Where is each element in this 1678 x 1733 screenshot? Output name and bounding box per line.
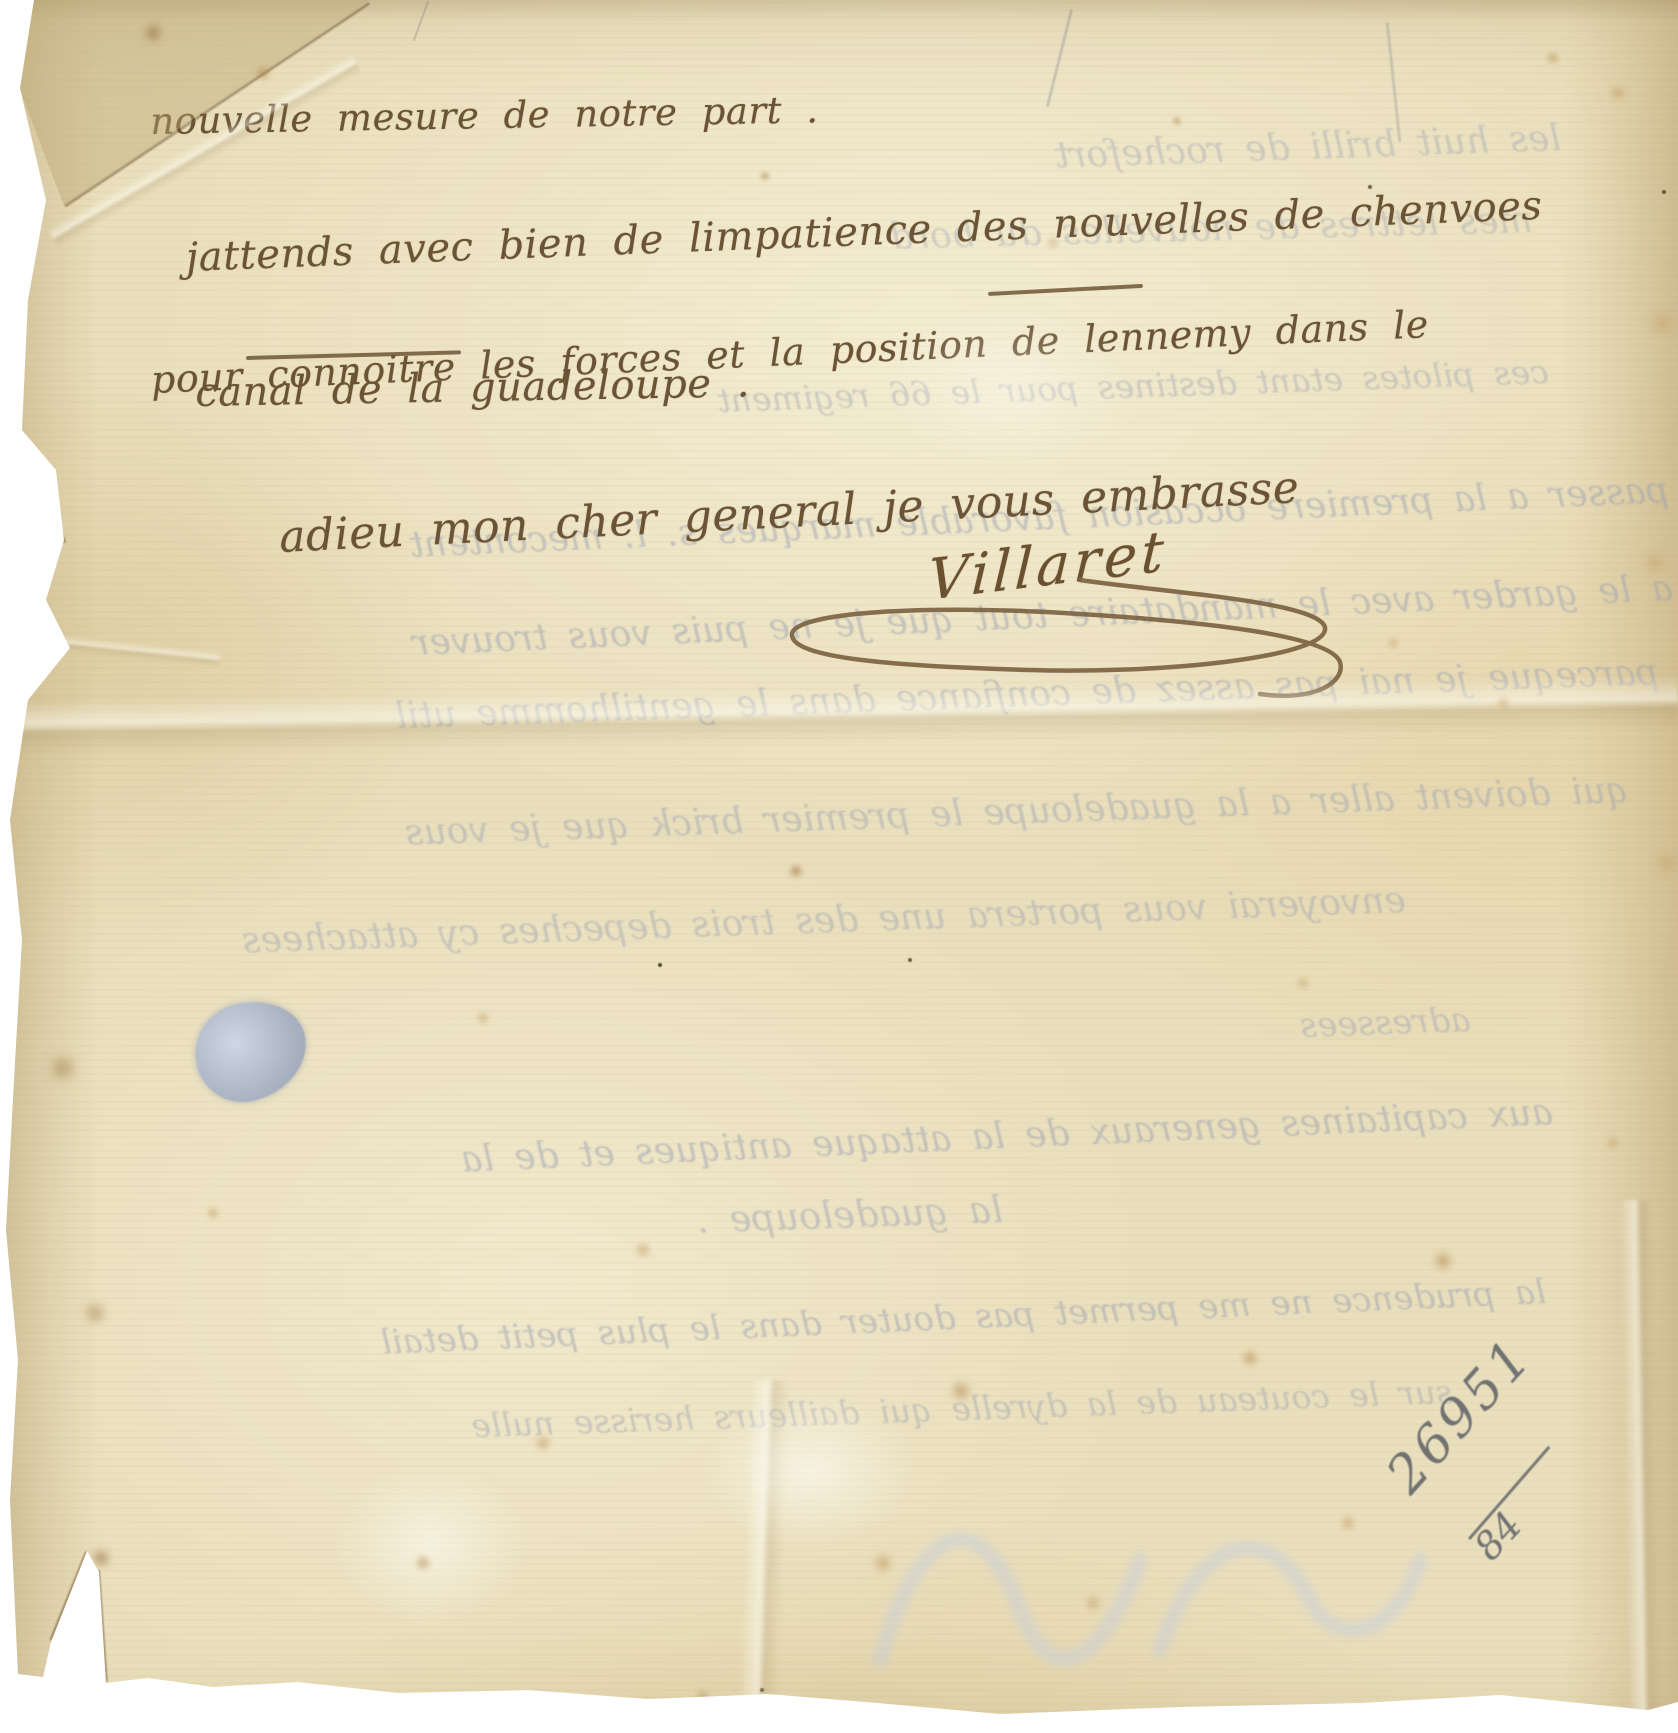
fold-crease-horizontal — [0, 675, 1678, 757]
fold-crease-left-small — [0, 628, 220, 668]
crumple-highlight — [880, 300, 1140, 480]
show-through-line: envoyerai vous portera une des trois dep… — [241, 880, 1406, 962]
seal-blob — [185, 990, 317, 1112]
crumple-highlight — [700, 1390, 920, 1550]
show-through-line: adressees — [1299, 1000, 1471, 1046]
crumple-highlight — [330, 1460, 530, 1630]
pencil-secondary-number: 84 — [1466, 1503, 1531, 1568]
torn-edge-left-notch — [21, 432, 66, 543]
show-through-line: la prudence ne me permet pas douter dans… — [380, 1272, 1547, 1363]
fold-crease-right — [1619, 1200, 1662, 1721]
letter-line-2: jattends avec bien de limpatience des no… — [185, 183, 1543, 281]
stray-stroke — [413, 1, 429, 41]
show-through-flourish — [840, 1430, 1440, 1720]
torn-edge-v-notch — [49, 1551, 88, 1641]
torn-edge-v-notch — [97, 1570, 108, 1682]
fold-crease-topleft-diagonal — [48, 54, 362, 248]
dark-specks — [0, 0, 4, 4]
scan-canvas: les huit brilli de rochefort mes lettres… — [0, 0, 1678, 1733]
ink-stroke-correction — [988, 284, 1143, 296]
letter-line-4: canal de la guadeloupe . — [195, 360, 750, 416]
show-through-line: aux capitaines generaux de la attaque an… — [460, 1092, 1554, 1181]
stain-freckles — [0, 0, 6, 6]
show-through-line: qui doivent aller a la guadeloupe le pre… — [404, 770, 1629, 854]
show-through-line: les huit brilli de rochefort — [1054, 118, 1561, 177]
stray-stroke — [1046, 9, 1073, 107]
letter-page: les huit brilli de rochefort mes lettres… — [0, 0, 1678, 1733]
show-through-line: la guadeloupe . — [696, 1188, 1003, 1242]
